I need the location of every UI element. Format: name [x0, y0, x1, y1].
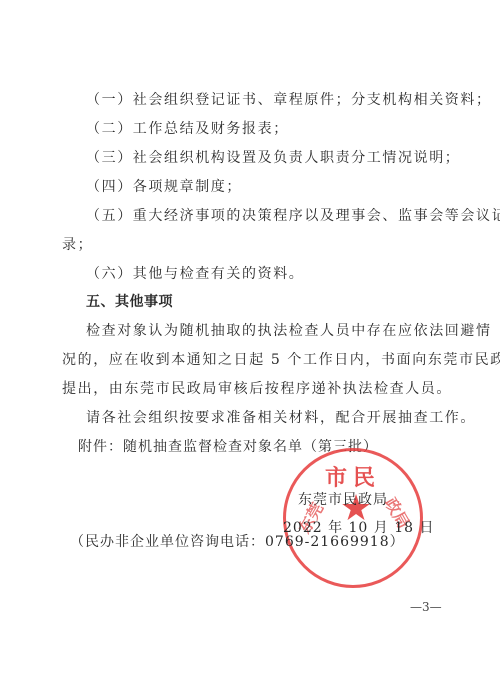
paragraph1-line1: 检查对象认为随机抽取的执法检查人员中存在应依法回避情 [86, 322, 492, 340]
list-item-1: （一）社会组织登记证书、章程原件；分支机构相关资料； [86, 91, 492, 109]
list-item-2: （二）工作总结及财务报表； [86, 120, 289, 138]
list-item-6: （六）其他与检查有关的资料。 [86, 265, 304, 283]
list-item-5-continued: 录； [62, 236, 93, 254]
list-item-5: （五）重大经济事项的决策程序以及理事会、监事会等会议记 [86, 207, 500, 225]
section-heading: 五、其他事项 [86, 293, 173, 311]
contact-note: （民办非企业单位咨询电话：0769-21669918） [70, 533, 405, 551]
issuer-name: 东莞市民政局 [298, 489, 388, 509]
paragraph1-line3: 提出，由东莞市民政局审核后按程序递补执法检查人员。 [62, 380, 452, 398]
paragraph1-line2: 况的，应在收到本通知之日起 5 个工作日内，书面向东莞市民政局 [62, 351, 500, 369]
list-item-4: （四）各项规章制度； [86, 178, 242, 196]
paragraph2: 请各社会组织按要求准备相关材料，配合开展抽查工作。 [86, 409, 476, 427]
page-number: —3— [410, 600, 442, 614]
list-item-3: （三）社会组织机构设置及负责人职责分工情况说明； [86, 149, 460, 167]
